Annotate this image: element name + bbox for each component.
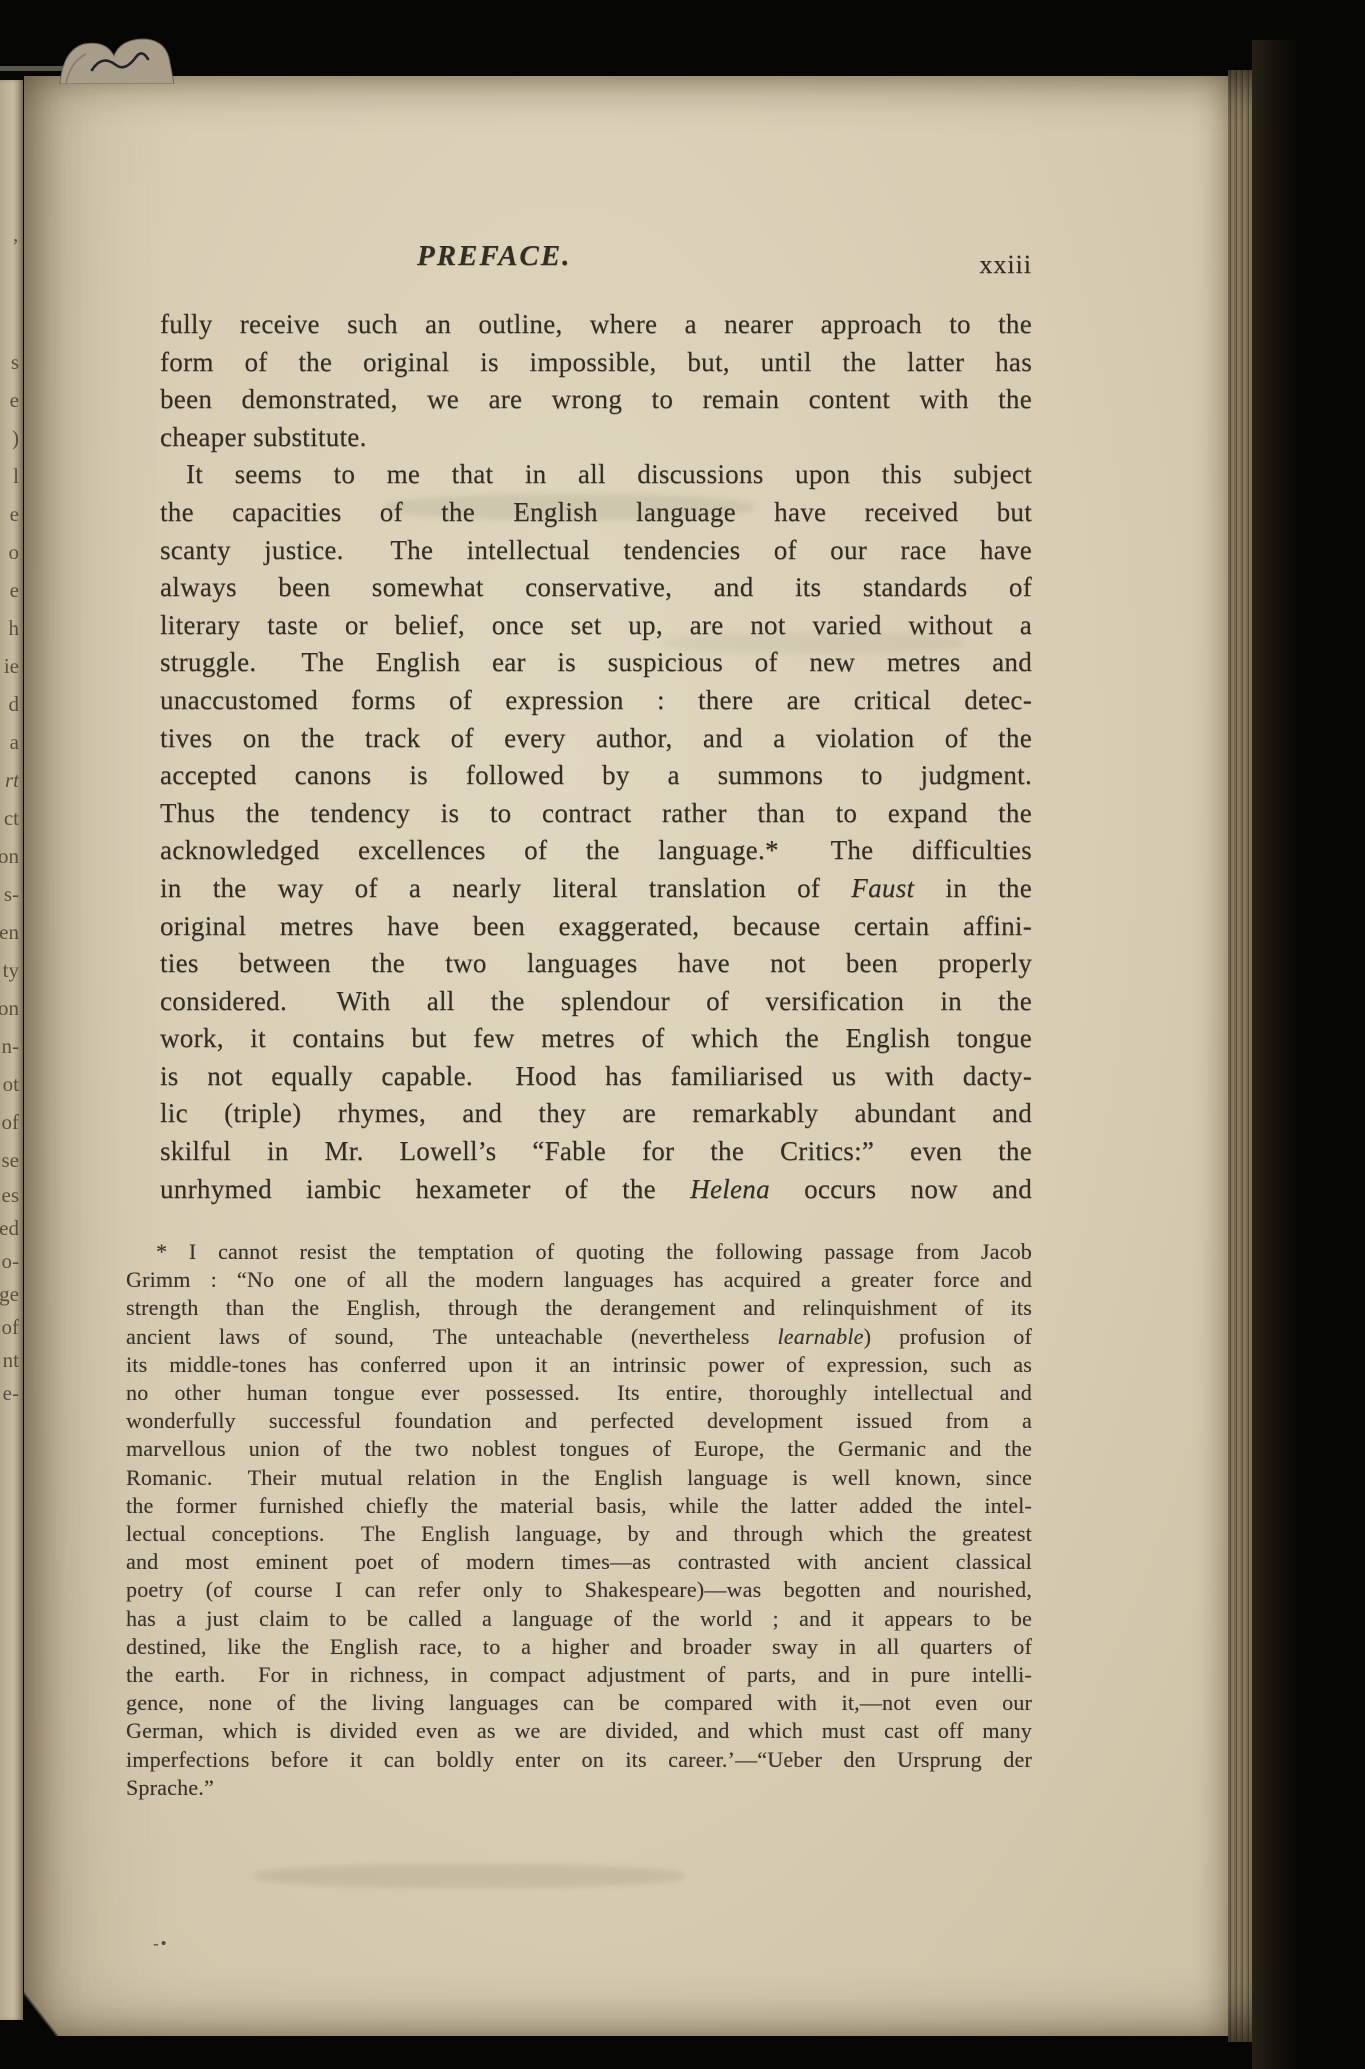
text-line: considered. With all the splendour of ve… xyxy=(160,983,1032,1021)
text-line: It seems to me that in all discussions u… xyxy=(160,456,1032,494)
footnote-line: marvellous union of the two noblest tong… xyxy=(126,1435,1032,1463)
show-through-smudge xyxy=(254,1864,684,1888)
text-line: is not equally capable. Hood has familia… xyxy=(160,1058,1032,1096)
footnote-line: lectual conceptions. The English languag… xyxy=(126,1520,1032,1548)
text-line: skilful in Mr. Lowell’s “Fable for the C… xyxy=(160,1133,1032,1171)
edge-fragment: e xyxy=(0,504,19,525)
text-line: tives on the track of every author, and … xyxy=(160,720,1032,758)
stray-pencil-mark: -• xyxy=(153,1934,169,1954)
edge-fragment: n- xyxy=(0,1036,19,1057)
footnote-line: wonderfully successful foundation and pe… xyxy=(126,1407,1032,1435)
text-line: acknowledged excellences of the language… xyxy=(160,832,1032,870)
previous-page-edge: ’se)leoehiedartctons-entyonn-otofseesedo… xyxy=(0,80,23,2020)
text-line: the capacities of the English language h… xyxy=(160,494,1032,532)
footnote-line: imperfections before it can boldly enter… xyxy=(126,1746,1032,1774)
footnote-line: poetry (of course I can refer only to Sh… xyxy=(126,1576,1032,1604)
page-number: xxiii xyxy=(932,250,1032,280)
edge-fragment: s xyxy=(0,352,19,373)
edge-fragment: se xyxy=(0,1150,19,1171)
edge-fragment: ct xyxy=(0,808,19,829)
edge-fragment: ) xyxy=(0,428,19,449)
footnote-line: Sprache.” xyxy=(126,1774,1032,1802)
text-line: literary taste or belief, once set up, a… xyxy=(160,607,1032,645)
footnote-line: Grimm : “No one of all the modern langua… xyxy=(126,1266,1032,1294)
edge-fragment: ge xyxy=(0,1284,19,1305)
edge-fragment: ot xyxy=(0,1074,19,1095)
text-line: original metres have been exaggerated, b… xyxy=(160,908,1032,946)
footnote-line: Romanic. Their mutual relation in the En… xyxy=(126,1464,1032,1492)
footnote-line: the earth. For in richness, in compact a… xyxy=(126,1661,1032,1689)
footnote-line: the former furnished chiefly the materia… xyxy=(126,1492,1032,1520)
edge-fragment: o- xyxy=(0,1251,19,1272)
body-text: fully receive such an outline, where a n… xyxy=(160,306,1032,1208)
edge-fragment: o xyxy=(0,542,19,563)
text-line: lic (triple) rhymes, and they are remark… xyxy=(160,1095,1032,1133)
edge-fragment: e- xyxy=(0,1383,19,1404)
footnote-line: and most eminent poet of modern times—as… xyxy=(126,1548,1032,1576)
footnote-line: ancient laws of sound, The unteachable (… xyxy=(126,1323,1032,1351)
text-line: fully receive such an outline, where a n… xyxy=(160,306,1032,344)
text-line: ties between the two languages have not … xyxy=(160,945,1032,983)
corner-tab xyxy=(56,34,182,84)
text-line: been demonstrated, we are wrong to remai… xyxy=(160,381,1032,419)
edge-fragment: h xyxy=(0,618,19,639)
footnote-line: no other human tongue ever possessed. It… xyxy=(126,1379,1032,1407)
edge-fragment: rt xyxy=(0,770,19,791)
edge-fragment: l xyxy=(0,466,19,487)
text-line: struggle. The English ear is suspicious … xyxy=(160,644,1032,682)
edge-fragment: of xyxy=(0,1317,19,1338)
text-line: always been somewhat conservative, and i… xyxy=(160,569,1032,607)
text-line: unrhymed iambic hexameter of the Helena … xyxy=(160,1171,1032,1209)
footnote-line: * I cannot resist the temptation of quot… xyxy=(126,1238,1032,1266)
book-fore-edge-pages xyxy=(1228,70,1252,2042)
text-line: cheaper substitute. xyxy=(160,419,1032,457)
book-photo: { "header": { "title": "PREFACE.", "page… xyxy=(0,0,1365,2069)
text-line: in the way of a nearly literal translati… xyxy=(160,870,1032,908)
edge-fragment: of xyxy=(0,1112,19,1133)
edge-fragment: on xyxy=(0,998,19,1019)
edge-fragment: ie xyxy=(0,656,19,677)
edge-fragment: s- xyxy=(0,884,19,905)
edge-fragment: es xyxy=(0,1185,19,1206)
text-line: unaccustomed forms of expression : there… xyxy=(160,682,1032,720)
edge-fragment: d xyxy=(0,694,19,715)
text-line: Thus the tendency is to contract rather … xyxy=(160,795,1032,833)
footnote-line: has a just claim to be called a language… xyxy=(126,1605,1032,1633)
text-line: scanty justice. The intellectual tendenc… xyxy=(160,532,1032,570)
footnote-line: German, which is divided even as we are … xyxy=(126,1717,1032,1745)
footnote-line: destined, like the English race, to a hi… xyxy=(126,1633,1032,1661)
edge-fragment: e xyxy=(0,390,19,411)
torn-paper-tab xyxy=(56,34,182,84)
footnote-line: its middle-tones has conferred upon it a… xyxy=(126,1351,1032,1379)
page-title: PREFACE. xyxy=(417,240,571,273)
footnote-line: strength than the English, through the d… xyxy=(126,1294,1032,1322)
text-line: work, it contains but few metres of whic… xyxy=(160,1020,1032,1058)
footnote: * I cannot resist the temptation of quot… xyxy=(126,1238,1032,1802)
edge-fragment: on xyxy=(0,846,19,867)
edge-fragment: nt xyxy=(0,1350,19,1371)
edge-fragment: en xyxy=(0,922,19,943)
edge-fragment: e xyxy=(0,580,19,601)
edge-fragment: ’ xyxy=(0,236,19,257)
footnote-line: gence, none of the living languages can … xyxy=(126,1689,1032,1717)
text-line: form of the original is impossible, but,… xyxy=(160,344,1032,382)
text-line: accepted canons is followed by a summons… xyxy=(160,757,1032,795)
edge-fragment: ed xyxy=(0,1218,19,1239)
edge-fragment: ty xyxy=(0,960,19,981)
book-cover-edge xyxy=(1252,40,1296,2069)
edge-fragment: a xyxy=(0,732,19,753)
